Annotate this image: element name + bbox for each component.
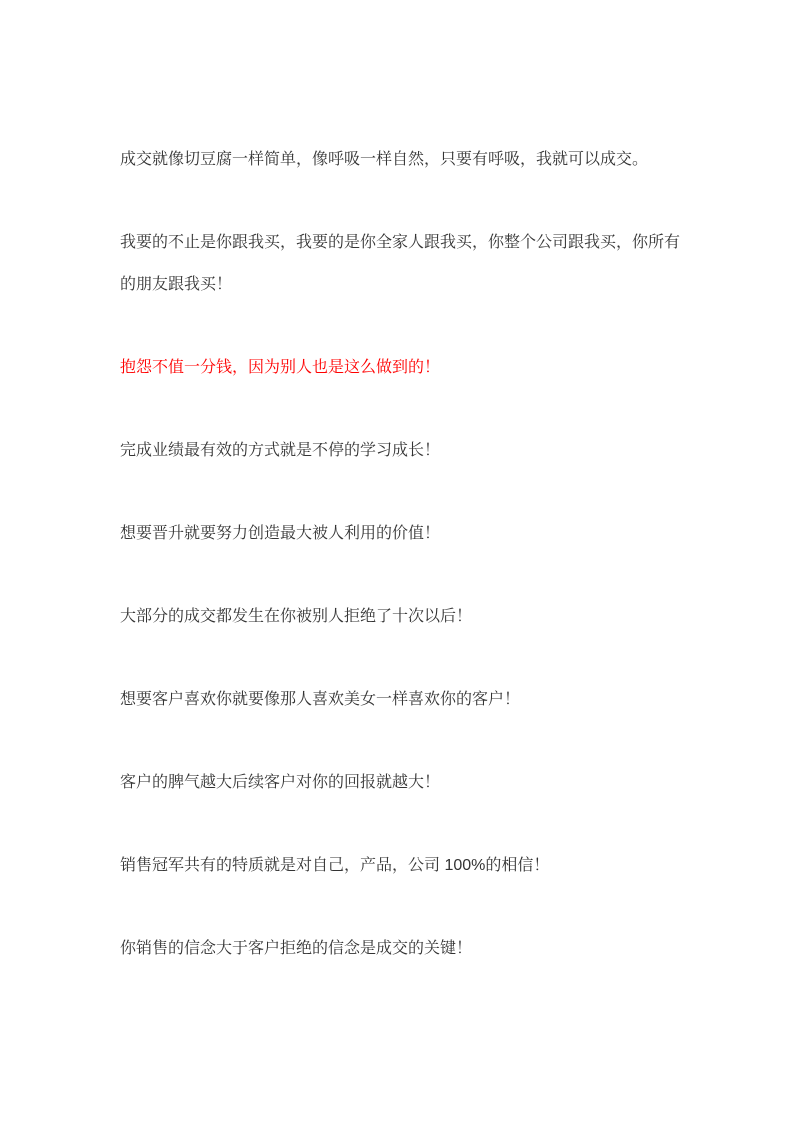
document-page: 成交就像切豆腐一样简单，像呼吸一样自然，只要有呼吸，我就可以成交。 我要的不止是…	[0, 0, 793, 1122]
paragraph: 我要的不止是你跟我买，我要的是你全家人跟我买，你整个公司跟我买，你所有的朋友跟我…	[120, 222, 680, 306]
paragraph: 你销售的信念大于客户拒绝的信念是成交的关键！	[120, 928, 680, 970]
paragraph-highlight: 抱怨不值一分钱，因为别人也是这么做到的！	[120, 347, 680, 389]
paragraph: 完成业绩最有效的方式就是不停的学习成长！	[120, 430, 680, 472]
paragraph: 成交就像切豆腐一样简单，像呼吸一样自然，只要有呼吸，我就可以成交。	[120, 139, 680, 181]
paragraph: 销售冠军共有的特质就是对自己，产品，公司 100%的相信！	[120, 845, 680, 887]
paragraph: 想要客户喜欢你就要像那人喜欢美女一样喜欢你的客户！	[120, 679, 680, 721]
paragraph: 客户的脾气越大后续客户对你的回报就越大！	[120, 762, 680, 804]
paragraph: 想要晋升就要努力创造最大被人利用的价值！	[120, 513, 680, 555]
paragraph: 大部分的成交都发生在你被别人拒绝了十次以后！	[120, 596, 680, 638]
